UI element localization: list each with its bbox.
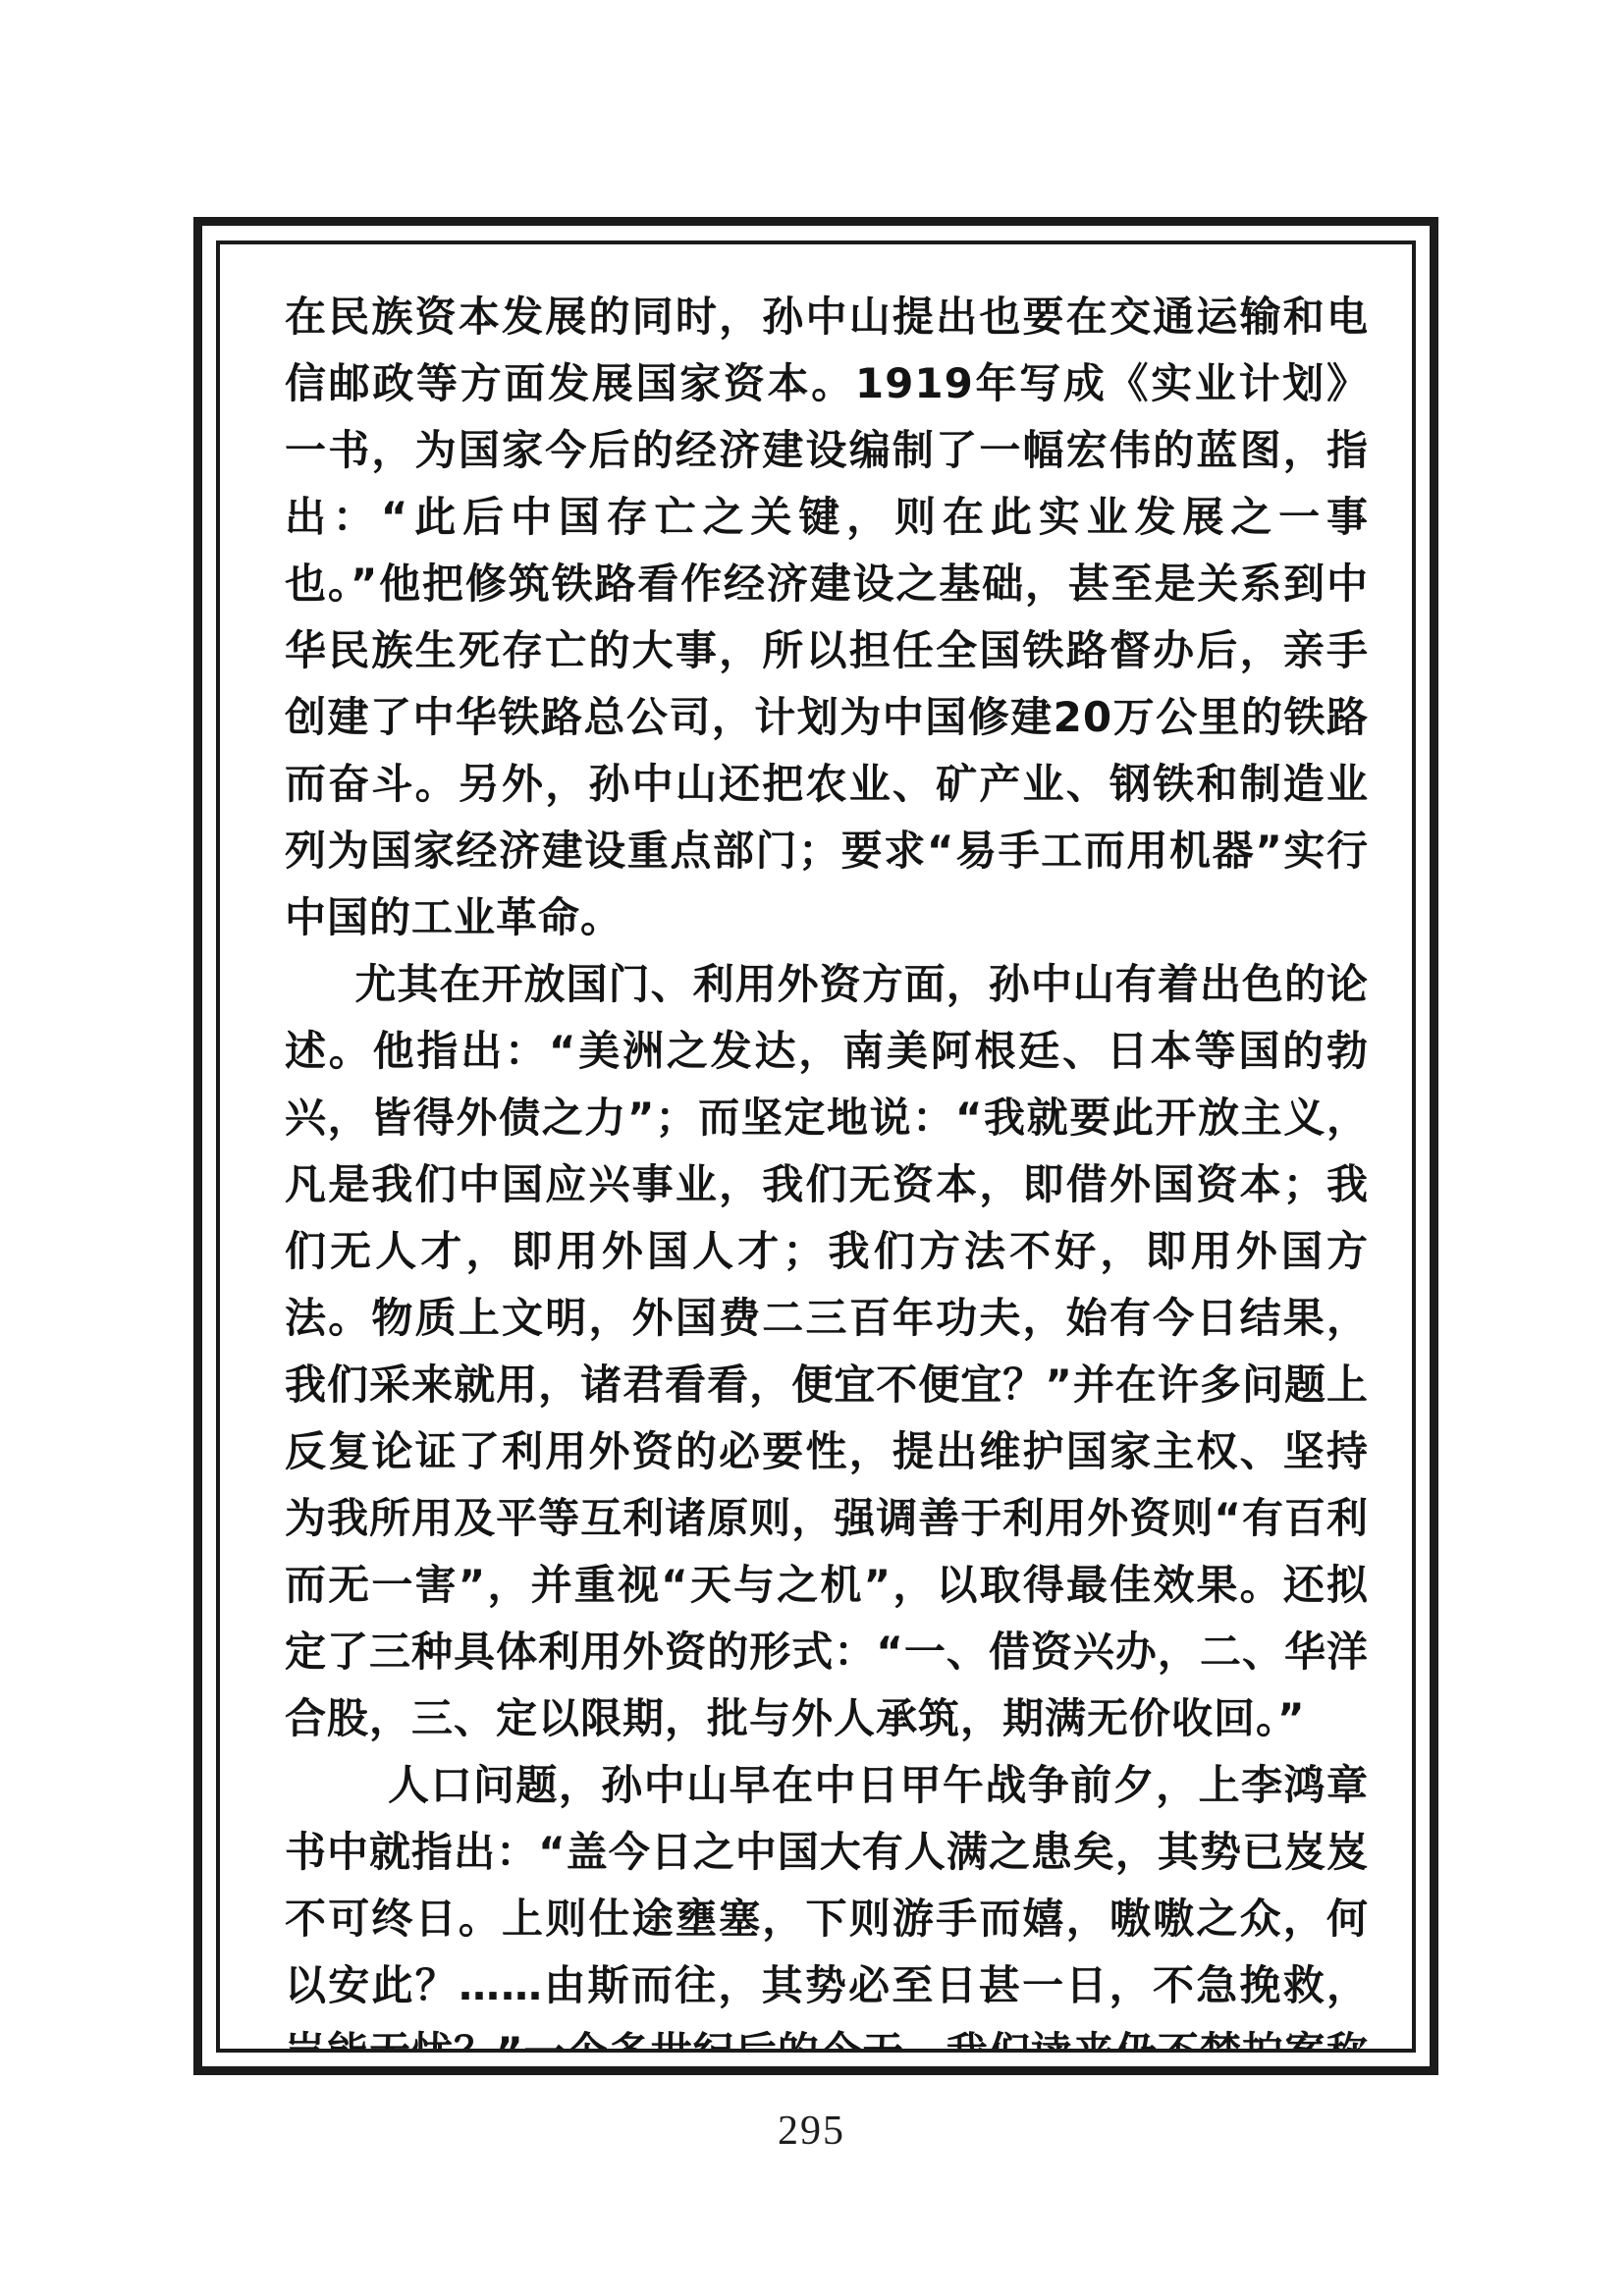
page-inner-border: 在民族资本发展的同时，孙中山提出也要在交通运输和电信邮政等方面发展国家资本。19… [216,240,1416,2053]
page-number: 295 [0,2108,1623,2155]
paragraph: 在民族资本发展的同时，孙中山提出也要在交通运输和电信邮政等方面发展国家资本。19… [285,284,1369,951]
paragraph: 尤其在开放国门、利用外资方面，孙中山有着出色的论述。他指出：“美洲之发达，南美阿… [285,951,1369,1752]
paragraph: 人口问题，孙中山早在中日甲午战争前夕，上李鸿章书中就指出：“盖今日之中国大有人满… [285,1752,1369,2053]
page-outer-border: 在民族资本发展的同时，孙中山提出也要在交通运输和电信邮政等方面发展国家资本。19… [193,217,1438,2075]
body-text: 在民族资本发展的同时，孙中山提出也要在交通运输和电信邮政等方面发展国家资本。19… [220,244,1412,2053]
